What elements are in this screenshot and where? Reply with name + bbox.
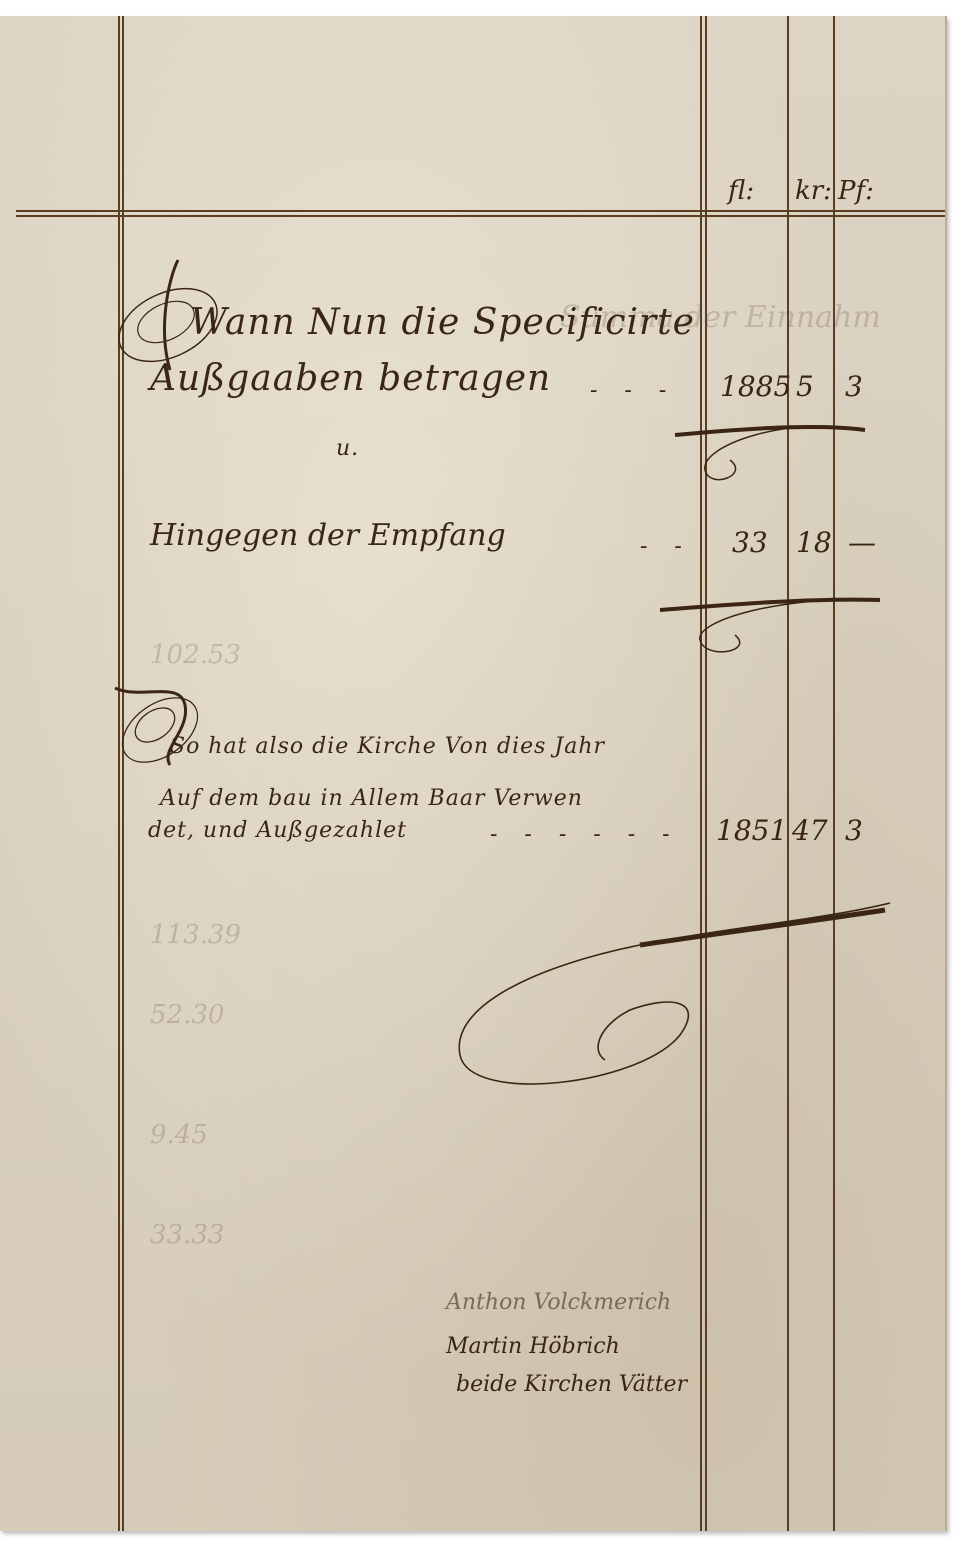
entry-3-amount-kr: 47 bbox=[792, 814, 828, 847]
kreuzer-column-rule bbox=[787, 16, 789, 1531]
amount-column-rule-inner bbox=[705, 16, 707, 1531]
header-rule-inner bbox=[16, 215, 945, 217]
bleed-through-numbers: 52.30 bbox=[150, 1000, 224, 1030]
entry-1-line-1: Wann Nun die Specificirte bbox=[190, 302, 695, 343]
signature-2: Martin Höbrich bbox=[446, 1334, 620, 1359]
bleed-through-numbers: 33.33 bbox=[150, 1220, 224, 1250]
column-header-kreuzer: kr: bbox=[795, 176, 832, 206]
entry-2-leader: - - bbox=[640, 534, 692, 559]
entry-1-amount-kr: 5 bbox=[796, 370, 814, 403]
entry-2-amount-kr: 18 bbox=[796, 526, 832, 559]
sum-rule-flourish-icon bbox=[655, 590, 885, 665]
bleed-through-numbers: 102.53 bbox=[150, 640, 241, 670]
entry-2-amount-pf: — bbox=[848, 526, 876, 559]
entry-2-conjunction: u. bbox=[336, 436, 359, 461]
entry-1-leader: - - - bbox=[590, 378, 676, 403]
sum-rule-flourish-icon bbox=[670, 405, 870, 495]
entry-1-line-2: Außgaaben betragen bbox=[150, 358, 551, 399]
amount-column-rule bbox=[700, 16, 702, 1531]
entry-1-amount-fl: 1885 bbox=[720, 370, 791, 403]
entry-3-line-1: So hat also die Kirche Von dies Jahr bbox=[170, 734, 605, 759]
bleed-through-numbers: 113.39 bbox=[150, 920, 241, 950]
initial-capital-flourish-icon bbox=[110, 670, 220, 780]
entry-2-line-1: Hingegen der Empfang bbox=[150, 518, 506, 553]
bleed-through-numbers: 9.45 bbox=[150, 1120, 208, 1150]
closing-flourish-icon bbox=[440, 885, 900, 1095]
column-header-pfennig: Pf: bbox=[838, 176, 874, 206]
entry-2-amount-fl: 33 bbox=[732, 526, 768, 559]
entry-1-amount-pf: 3 bbox=[845, 370, 863, 403]
signature-3: beide Kirchen Vätter bbox=[456, 1372, 687, 1397]
entry-3-leader: - - - - - - bbox=[490, 822, 680, 847]
signature-1: Anthon Volckmerich bbox=[446, 1290, 671, 1315]
entry-3-line-3: det, und Außgezahlet bbox=[148, 818, 407, 843]
entry-3-amount-fl: 1851 bbox=[716, 814, 787, 847]
column-header-florins: fl: bbox=[728, 176, 754, 206]
entry-3-amount-pf: 3 bbox=[845, 814, 863, 847]
entry-3-line-2: Auf dem bau in Allem Baar Verwen bbox=[160, 786, 583, 811]
pfennig-column-rule bbox=[833, 16, 835, 1531]
header-rule bbox=[16, 210, 945, 212]
